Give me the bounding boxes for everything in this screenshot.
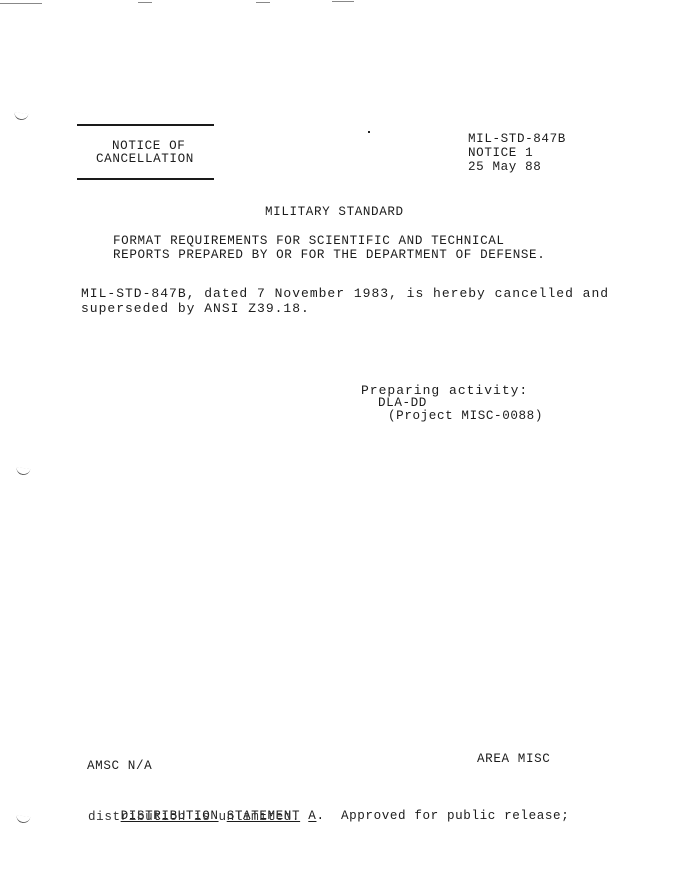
scan-mark-top-2 — [138, 2, 152, 3]
preparing-activity-project: (Project MISC-0088) — [388, 410, 543, 423]
notice-title-line2: CANCELLATION — [96, 153, 194, 166]
standard-heading: MILITARY STANDARD — [265, 206, 404, 219]
body-line-1: MIL-STD-847B, dated 7 November 1983, is … — [81, 287, 609, 300]
margin-mark-3 — [16, 815, 31, 824]
amsc-code: AMSC N/A — [87, 760, 152, 773]
area-code: AREA MISC — [477, 753, 550, 766]
body-line-2: superseded by ANSI Z39.18. — [81, 302, 310, 315]
doc-id: MIL-STD-847B — [468, 133, 566, 146]
document-page: NOTICE OF CANCELLATION MIL-STD-847B NOTI… — [0, 0, 678, 883]
notice-number: NOTICE 1 — [468, 147, 533, 160]
scan-mark-top-4 — [332, 1, 354, 2]
notice-top-rule — [77, 124, 214, 126]
subject-line-2: REPORTS PREPARED BY OR FOR THE DEPARTMEN… — [113, 249, 545, 262]
scan-mark-top-1 — [0, 3, 42, 4]
distribution-approval-text: . Approved for public release; — [316, 809, 569, 823]
scan-mark-top-3 — [256, 2, 270, 3]
subject-line-1: FORMAT REQUIREMENTS FOR SCIENTIFIC AND T… — [113, 235, 505, 248]
notice-date: 25 May 88 — [468, 161, 541, 174]
scan-speck — [368, 131, 370, 133]
distribution-statement-line2: distribution is unlimited. — [88, 811, 300, 824]
margin-mark-1 — [14, 112, 29, 121]
notice-bottom-rule — [77, 178, 214, 180]
margin-mark-2 — [16, 467, 31, 476]
